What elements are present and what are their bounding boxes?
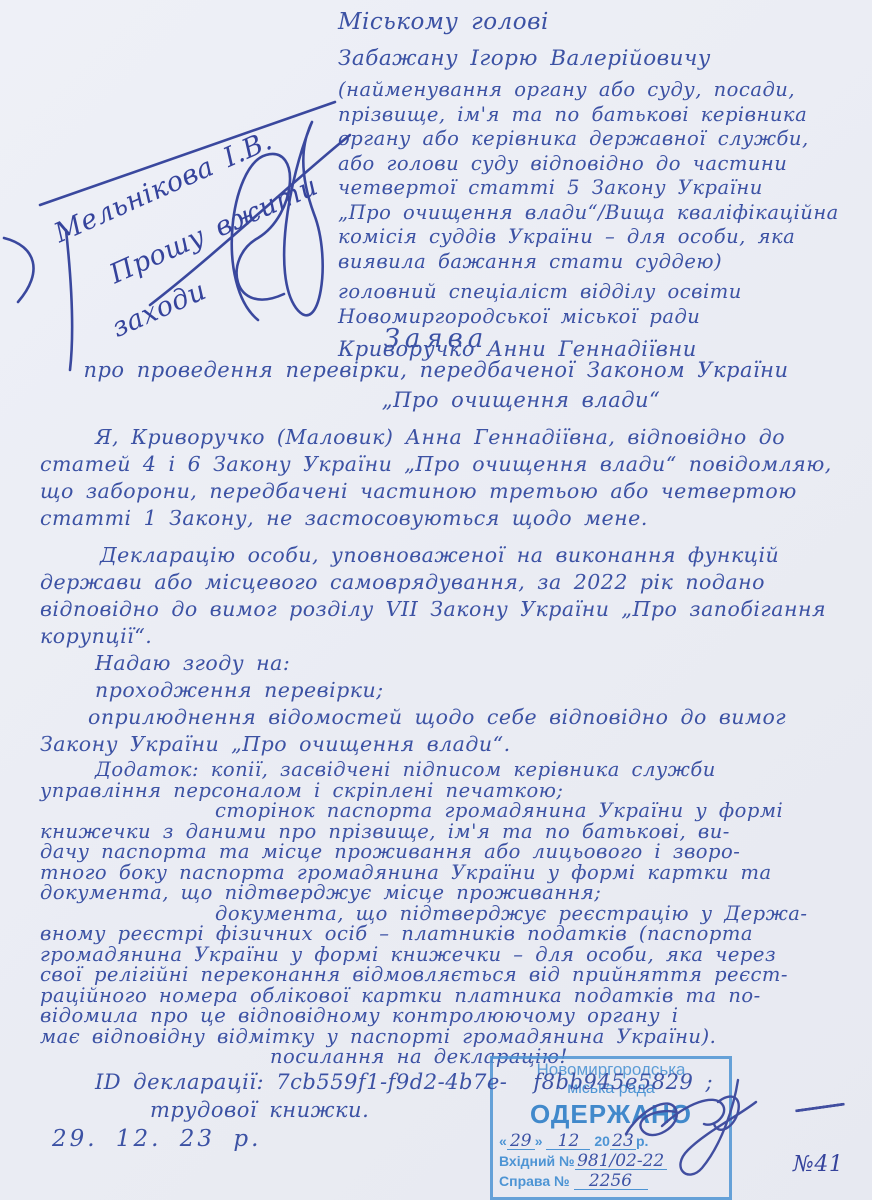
attachment-line: Додаток: копії, засвідчені підписом кері…	[40, 760, 850, 781]
attachment-line: відомила про це відповідному контролюючо…	[40, 1006, 850, 1027]
declaration-id-part: ID декларації: 7cb559f1-f9d2-	[95, 1070, 445, 1094]
addressee-line: прізвище, ім'я та по батькові керівника	[338, 103, 862, 128]
case-number-note: №41	[793, 1152, 843, 1177]
labor-book-line: трудової книжки.	[150, 1098, 369, 1122]
addressee-line: четвертої статті 5 Закону України	[338, 176, 862, 201]
attachment-line: свої релігійні переконання відмовляється…	[40, 965, 850, 986]
addressee-line: „Про очищення влади“/Вища кваліфікаційна	[338, 201, 862, 226]
attachment-line: книжечки з даними про прізвище, ім'я та …	[40, 822, 850, 843]
signature-dash	[795, 1103, 845, 1113]
attachment-line: сторінок паспорта громадянина України у …	[40, 801, 850, 822]
stamp-date-day: 29	[507, 1134, 535, 1150]
paragraph-line: корупції“.	[40, 623, 850, 650]
paragraph-line: держави або місцевого самоврядування, за…	[40, 569, 850, 596]
addressee-line: (найменування органу або суду, посади,	[338, 78, 862, 103]
addressee-line: або голови суду відповідно до частини	[338, 152, 862, 177]
addressee-line: Міському голові	[338, 10, 862, 35]
paragraph-line: оприлюднення відомостей щодо себе відпов…	[40, 704, 850, 731]
document-date: 29. 12. 23 р.	[52, 1126, 261, 1152]
attachment-line: документа, що підтверджує місце проживан…	[40, 883, 850, 904]
attachment-line: тного боку паспорта громадянина України …	[40, 863, 850, 884]
paragraph-declaration-filed: Декларацію особи, уповноваженої на викон…	[40, 542, 850, 650]
stamp-incoming-label: Вхідний №	[499, 1153, 575, 1169]
applicant-signature	[618, 1072, 798, 1182]
declaration-id-part: 4b7e-	[445, 1070, 507, 1094]
addressee-line: органу або керівника державної служби,	[338, 127, 862, 152]
attachment-line: управління персоналом і скріплені печатк…	[40, 781, 850, 802]
paragraph-line: статті 1 Закону, не застосовуються щодо …	[40, 505, 850, 532]
stamp-year-prefix: 20	[594, 1133, 610, 1149]
scanned-application-page: Мельнікова І.В. Прошу вжити заходи Міськ…	[0, 0, 872, 1200]
attachment-line: документа, що підтверджує реєстрацію у Д…	[40, 904, 850, 925]
paragraph-consent: Надаю згоду на: проходження перевірки; о…	[40, 650, 850, 758]
paragraph-self-declaration: Я, Криворучко (Маловик) Анна Геннадіївна…	[40, 424, 850, 532]
attachment-line: вному реєстрі фізичних осіб – платників …	[40, 924, 850, 945]
document-subtitle-line: „Про очищення влади“	[170, 388, 872, 412]
paragraph-line: Закону України „Про очищення влади“.	[40, 731, 850, 758]
paragraph-line: проходження перевірки;	[40, 677, 850, 704]
addressee-line: Забажану Ігорю Валерійовичу	[338, 47, 862, 72]
addressee-block: Міському голові Забажану Ігорю Валерійов…	[338, 10, 862, 362]
attachment-line: раційного номера облікової картки платни…	[40, 986, 850, 1007]
paragraph-attachments: Додаток: копії, засвідчені підписом кері…	[40, 760, 850, 1068]
resolution-signature	[0, 80, 380, 380]
paragraph-line: Декларацію особи, уповноваженої на викон…	[40, 542, 850, 569]
paragraph-line: Надаю згоду на:	[40, 650, 850, 677]
paragraph-line: статей 4 і 6 Закону України „Про очищенн…	[40, 451, 850, 478]
addressee-line: головний спеціаліст відділу освіти	[338, 280, 862, 305]
attachment-line: має відповідну відмітку у паспорті грома…	[40, 1027, 850, 1048]
stamp-date-month: 12	[546, 1134, 590, 1150]
paragraph-line: що заборони, передбачені частиною третьо…	[40, 478, 850, 505]
addressee-line: комісія суддів України – для особи, яка	[338, 225, 862, 250]
paragraph-line: Я, Криворучко (Маловик) Анна Геннадіївна…	[40, 424, 850, 451]
attachment-line: дачу паспорта та місце проживання або ли…	[40, 842, 850, 863]
stamp-case-label: Справа №	[499, 1173, 570, 1189]
paragraph-line: відповідно до вимог розділу VII Закону У…	[40, 596, 850, 623]
addressee-line: виявила бажання стати суддею)	[338, 250, 862, 275]
attachment-line: громадянина України у формі книжечки – д…	[40, 945, 850, 966]
